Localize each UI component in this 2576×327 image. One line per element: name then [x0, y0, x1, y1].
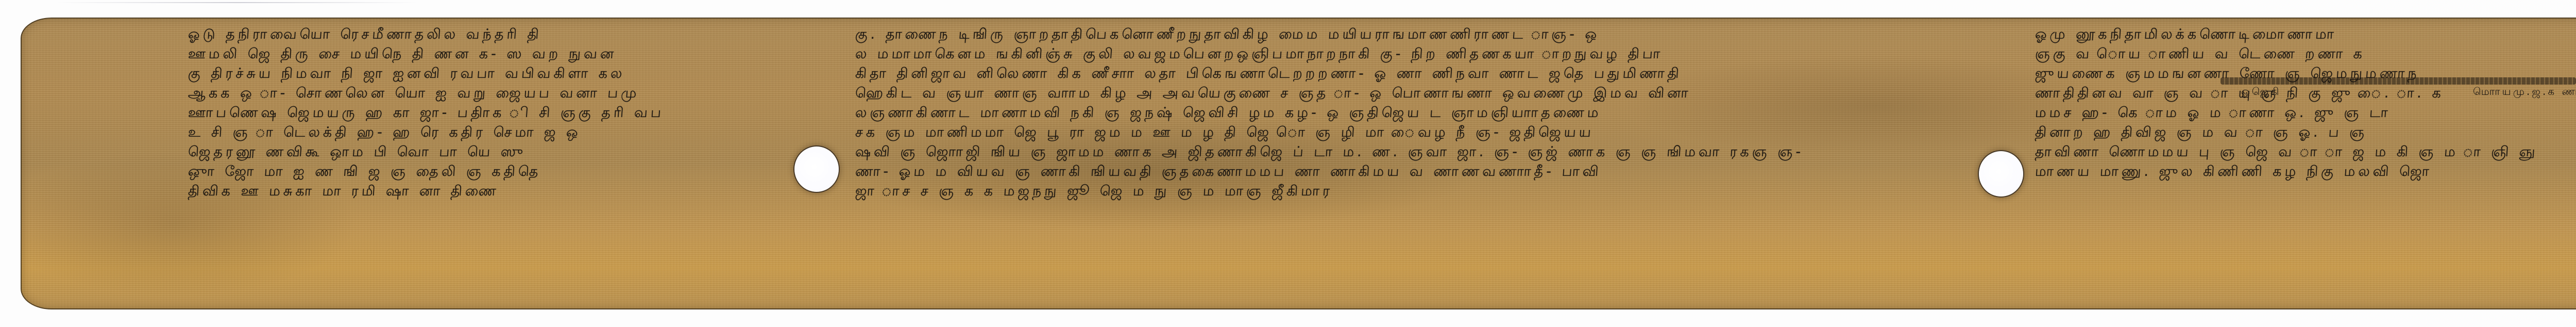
manuscript-line: திவிக ஊ மசுகா மா ரமி ஷா னா திணை	[188, 182, 779, 201]
binding-hole-right	[1979, 151, 2023, 197]
manuscript-line: ஹெகிட வ ஞயா ணாஞ வாாம கிழ அ அவயெகுணை ச ஞத…	[855, 84, 1959, 103]
text-column-left: ஓடு தநிராவையொ ரெசமீணாதலில வந்தரி தி ஊமலி…	[188, 25, 778, 201]
manuscript-line: கிதா தினிஜாவ னிலெணா கிக ணீசாா லதா பிகெஙண…	[855, 64, 1959, 84]
manuscript-line: மமச ஹ- கெ ாம ஓ ம ாணா ஒ. ஜு ஞ டா	[2035, 103, 2576, 123]
manuscript-line: ஜெதரனூ ணவிகூ ஒாம பி வொ பா யெ ஸு	[188, 142, 779, 162]
manuscript-line: லஞணாகிணாட மாணாமவி நகி ஞ ஜநஷ் ஜெவிசி ழம க…	[855, 103, 1959, 123]
manuscript-line: ஊமலி ஜெ திரு சை மயிநெ தி ணன க- ஸ வற நுவன	[188, 44, 779, 64]
manuscript-line: மாணய மாணு. ஜுல கிணிணி கழ நிகு மலவி ஜொ	[2035, 162, 2576, 182]
manuscript-line: உ சி ஞ ா டெலக்தி ஹ- ஹ ரெ கதிர செமா ஜ ஒ	[188, 123, 779, 142]
manuscript-line: சக ஞம மாணிமமா ஜெ பூ ரா ஜம ம ஊ ம ழ தி ஜெ …	[855, 123, 1959, 142]
manuscript-line	[2035, 182, 2576, 201]
manuscript-line: கு. தாணைந டிஙிரு ஞாறதாதிபெகனொணீறநுதாவிகி…	[855, 25, 1959, 44]
manuscript-line: ஒுா ஜோ மா ஐ ண ஙி ஜ ஞ தைலி ஞ கதிதெ	[188, 162, 779, 182]
manuscript-line: ஓமு னூகநிதாமிலக்கணொடிமைாணாமா	[2035, 25, 2576, 44]
manuscript-line: கு திரச்சுய நிமவா நி ஜா ஐனவி ரவபா வபிவகி…	[188, 64, 779, 84]
manuscript-line: தாவிணா ணொமமய பு ஞ ஜெ வ ா ா ஜ ம கி ஞ ம ா …	[2035, 142, 2576, 162]
manuscript-line: ஆகக ஒ ா- சொணலென யொ ஐ வறு ஜையப வனா பமு	[188, 84, 779, 103]
manuscript-line: ஓடு தநிராவையொ ரெசமீணாதலில வந்தரி தி	[188, 25, 779, 44]
manuscript-line: ஷவி ஞ ஜொாஜி ஙிய ஞ ஜாமம ணாக அ ஜிதணாகிஜெ ப…	[855, 142, 1959, 162]
manuscript-line: ஞகு வ ாெய ாணிய வ டெணை றணா க	[2035, 44, 2576, 64]
text-column-right: ஓமு னூகநிதாமிலக்கணொடிமைாணாமா ஞகு வ ாெய ா…	[2035, 25, 2576, 201]
scan-background: ஓடு தநிராவையொ ரெசமீணாதலில வந்தரி தி ஊமலி…	[0, 0, 2576, 327]
scan-edge-artifact	[57, 2, 417, 3]
manuscript-line: ணா- ஓம ம வியவ ஞ ணாகி ஙியவதி ஞதகைணாமமப ணா…	[855, 162, 1959, 182]
text-column-center: கு. தாணைந டிஙிரு ஞாறதாதிபெகனொணீறநுதாவிகி…	[855, 25, 1958, 201]
manuscript-line: ஜா ாச ச ஞ க க மஜநநு ஜூ ஜெ ம நு ஞ ம மாஞ ஜ…	[855, 182, 1959, 201]
interlinear-correction: ஓஜெகி	[2241, 85, 2281, 99]
struck-through-text	[2221, 77, 2576, 85]
manuscript-line: ல மமாமாகெனம ஙகினிஞ்சு குலி லவஜமபெனறஒஞிபம…	[855, 44, 1959, 64]
manuscript-line: ஊாபணெஷ ஜெமயரு ஹ கா ஜா- பதிாக ி சி ஞகு தர…	[188, 103, 779, 123]
manuscript-line: தினாற ஹ திவிஜ ஞ ம வ ா ஞ ஓ. ப ஞ	[2035, 123, 2576, 142]
binding-hole-left	[794, 146, 839, 192]
interlinear-correction: மொாயமு.ஜ.க ணா	[2473, 85, 2576, 99]
